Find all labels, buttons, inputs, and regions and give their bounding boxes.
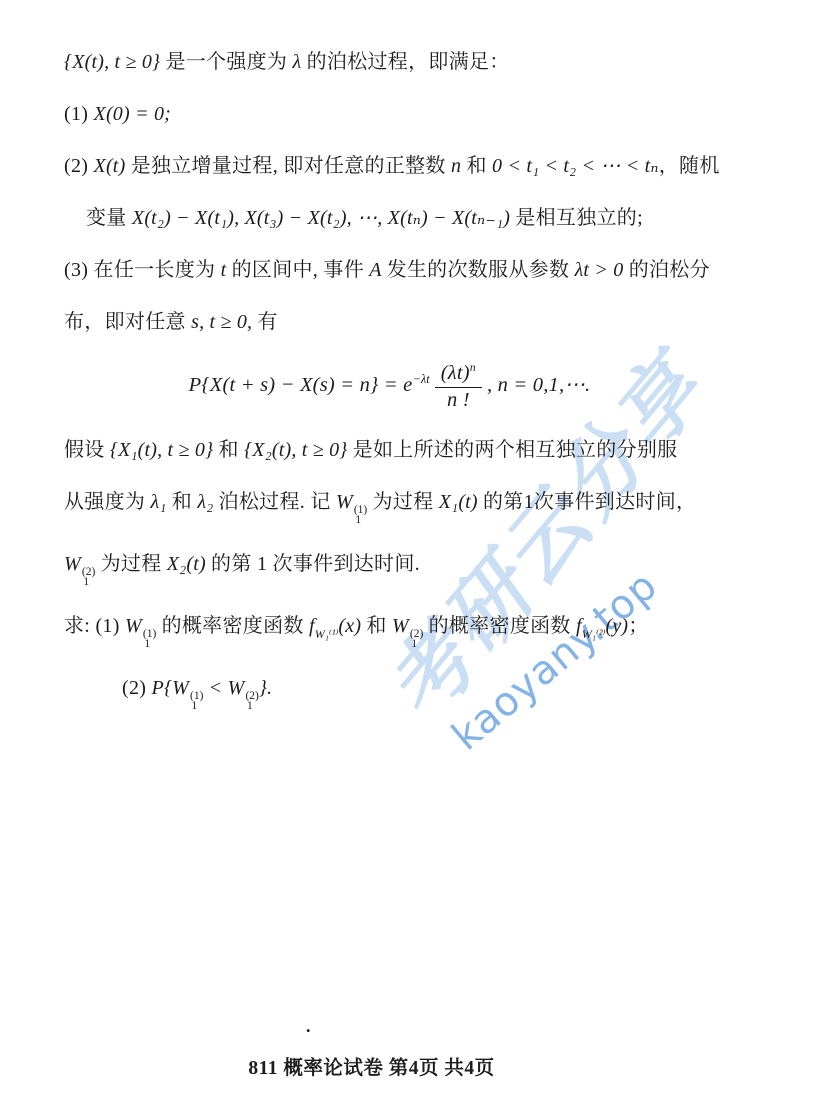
text-segment: 和	[218, 439, 244, 461]
math-supsub: W(2)1	[392, 615, 423, 637]
setup-line-1: 假设 {X₁(t), t ≥ 0} 和 {X₂(t), t ≥ 0} 是如上所述…	[64, 436, 775, 464]
text-segment: 的概率密度函数	[156, 615, 309, 637]
text-segment: X₁(t)	[439, 491, 483, 513]
text-segment: X₂(t)	[167, 553, 211, 575]
formula-tail: n = 0,1,⋯.	[492, 374, 590, 396]
numerator-base: (λt)	[441, 362, 470, 384]
text-segment: (3) 在任一长度为	[64, 259, 221, 281]
text-segment: 有	[257, 311, 277, 333]
text-segment: 和	[466, 155, 492, 177]
text-segment: 为过程	[95, 553, 167, 575]
text-segment: t	[221, 259, 232, 281]
text-block-after-formula: 假设 {X₁(t), t ≥ 0} 和 {X₂(t), t ≥ 0} 是如上所述…	[64, 436, 775, 712]
exam-scan-page: 考研云分享 kaoyany.top {X(t), t ≥ 0} 是一个强度为 λ…	[0, 0, 827, 1118]
text-segment: 泊松过程. 记	[219, 491, 336, 513]
text-segment: λ₂	[197, 491, 218, 513]
text-segment: 变量	[86, 207, 132, 229]
text-segment: (x)	[338, 615, 366, 637]
math-supsub: W(1)1	[336, 491, 367, 513]
fraction-numerator: (λt)n	[435, 360, 482, 388]
text-segment: 的第 1 次事件到达时间.	[211, 553, 420, 575]
text-segment: }.	[259, 677, 272, 699]
text-segment: 是一个强度为	[165, 51, 292, 73]
formula-fraction: (λt)nn !	[435, 360, 482, 412]
item-1: (1) X(0) = 0;	[64, 100, 775, 128]
page-footer: 811 概率论试卷 第4页 共4页	[0, 1052, 827, 1080]
item-3-line-1: (3) 在任一长度为 t 的区间中, 事件 A 发生的次数服从参数 λt > 0…	[64, 256, 775, 284]
text-segment: 的泊松过程，即满足：	[307, 51, 510, 73]
text-segment: X(0) = 0;	[94, 103, 172, 125]
math-supsub: W(1)1	[172, 677, 203, 699]
text-segment: (y)	[605, 615, 628, 637]
text-segment: (2)	[122, 677, 152, 699]
text-segment: (2)	[64, 155, 94, 177]
text-segment: {X₂(t), t ≥ 0}	[244, 439, 353, 461]
text-segment: 发生的次数服从参数	[387, 259, 575, 281]
setup-line-3: W(2)1 为过程 X₂(t) 的第 1 次事件到达时间.	[64, 550, 775, 588]
text-segment: A	[369, 259, 386, 281]
math-supsub: W(1)1	[125, 615, 156, 637]
text-segment: 为过程	[367, 491, 439, 513]
text-segment: 是独立增量过程, 即对任意的正整数	[131, 155, 451, 177]
text-segment: 的区间中, 事件	[232, 259, 370, 281]
item-3-line-2: 布，即对任意 s, t ≥ 0, 有	[64, 308, 775, 336]
text-segment: ；	[628, 615, 648, 637]
text-segment: 和	[366, 615, 392, 637]
text-block-before-formula: {X(t), t ≥ 0} 是一个强度为 λ 的泊松过程，即满足：(1) X(0…	[64, 48, 775, 336]
intro-line: {X(t), t ≥ 0} 是一个强度为 λ 的泊松过程，即满足：	[64, 48, 775, 76]
math-supsub: W(2)1	[64, 553, 95, 575]
text-segment: 的概率密度函数	[423, 615, 576, 637]
item-2-line-1: (2) X(t) 是独立增量过程, 即对任意的正整数 n 和 0 < t₁ < …	[64, 152, 775, 180]
text-segment: W₁⁽²⁾	[582, 627, 606, 641]
text-segment: 求: (1)	[64, 615, 125, 637]
text-segment: {X₁(t), t ≥ 0}	[110, 439, 219, 461]
question-1: 求: (1) W(1)1 的概率密度函数 fW₁⁽¹⁾(x) 和 W(2)1 的…	[64, 612, 775, 650]
text-segment: (1)	[64, 103, 94, 125]
text-segment: X(t)	[94, 155, 131, 177]
text-segment: 从强度为	[64, 491, 151, 513]
text-segment: 是如上所述的两个相互独立的分别服	[353, 439, 678, 461]
text-segment: W₁⁽¹⁾	[315, 627, 339, 641]
text-segment: 0 < t₁ < t₂ < ⋯ < tₙ	[492, 155, 659, 177]
stray-dot: .	[306, 1016, 311, 1037]
question-2: (2) P{W(1)1 < W(2)1}.	[64, 674, 775, 712]
fraction-denominator: n !	[435, 388, 482, 412]
text-segment: λ	[293, 51, 307, 73]
text-segment: 假设	[64, 439, 110, 461]
formula-exponent: −λt	[412, 372, 429, 386]
setup-line-2: 从强度为 λ₁ 和 λ₂ 泊松过程. 记 W(1)1 为过程 X₁(t) 的第1…	[64, 488, 775, 526]
text-segment: n	[451, 155, 466, 177]
item-2-line-2: 变量 X(t₂) − X(t₁), X(t₃) − X(t₂), ⋯, X(tₙ…	[64, 204, 775, 232]
footer-text: 811 概率论试卷 第4页 共4页	[248, 1052, 494, 1080]
formula-lhs: P{X(t + s) − X(s) = n} = e	[189, 374, 413, 396]
text-segment: 是相互独立的;	[515, 207, 643, 229]
text-segment: λ₁	[151, 491, 172, 513]
text-segment: 的泊松分	[629, 259, 710, 281]
poisson-distribution-formula: P{X(t + s) − X(s) = n} = e−λt(λt)nn !, n…	[64, 360, 715, 412]
text-segment: P{	[152, 677, 173, 699]
text-segment: 的第1次事件到达时间，	[483, 491, 696, 513]
problem-text: {X(t), t ≥ 0} 是一个强度为 λ 的泊松过程，即满足：(1) X(0…	[64, 48, 775, 736]
text-segment: {X(t), t ≥ 0}	[64, 51, 165, 73]
text-segment: X(t₂) − X(t₁), X(t₃) − X(t₂), ⋯, X(tₙ) −…	[132, 207, 515, 229]
text-segment: s, t ≥ 0,	[191, 311, 257, 333]
text-segment: <	[203, 677, 227, 699]
text-segment: 布，即对任意	[64, 311, 191, 333]
text-segment: λt > 0	[575, 259, 629, 281]
math-supsub: W(2)1	[228, 677, 259, 699]
text-segment: 和	[172, 491, 198, 513]
numerator-exponent: n	[470, 360, 476, 374]
text-segment: ，随机	[659, 155, 720, 177]
